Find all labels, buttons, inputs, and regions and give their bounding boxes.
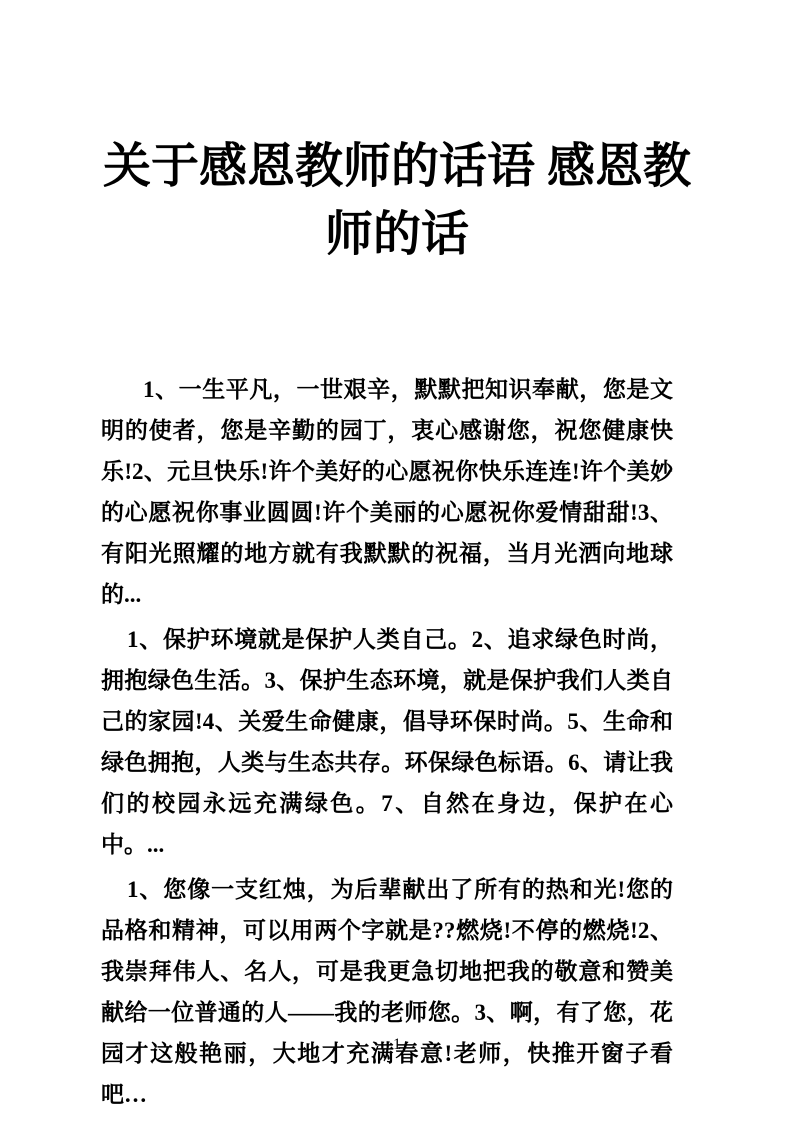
page-footer: 1 [0, 1034, 794, 1056]
paragraph-red-candle-praise: 1、您像一支红烛，为后辈献出了所有的热和光!您的品格和精神，可以用两个字就是??… [101, 869, 673, 1115]
paragraph-gratitude-teachers: 1、一生平凡，一世艰辛，默默把知识奉献，您是文明的使者，您是辛勤的园丁，衷心感谢… [101, 369, 673, 615]
document-page: 关于感恩教师的话语 感恩教师的话 1、一生平凡，一世艰辛，默默把知识奉献，您是文… [0, 0, 794, 1123]
page-number: 1 [393, 1036, 401, 1053]
paragraph-environment-slogans: 1、保护环境就是保护人类自己。2、追求绿色时尚，拥抱绿色生活。3、保护生态环境，… [101, 619, 673, 865]
document-body: 1、一生平凡，一世艰辛，默默把知识奉献，您是文明的使者，您是辛勤的园丁，衷心感谢… [101, 369, 673, 1115]
document-title: 关于感恩教师的话语 感恩教师的话 [100, 133, 694, 269]
